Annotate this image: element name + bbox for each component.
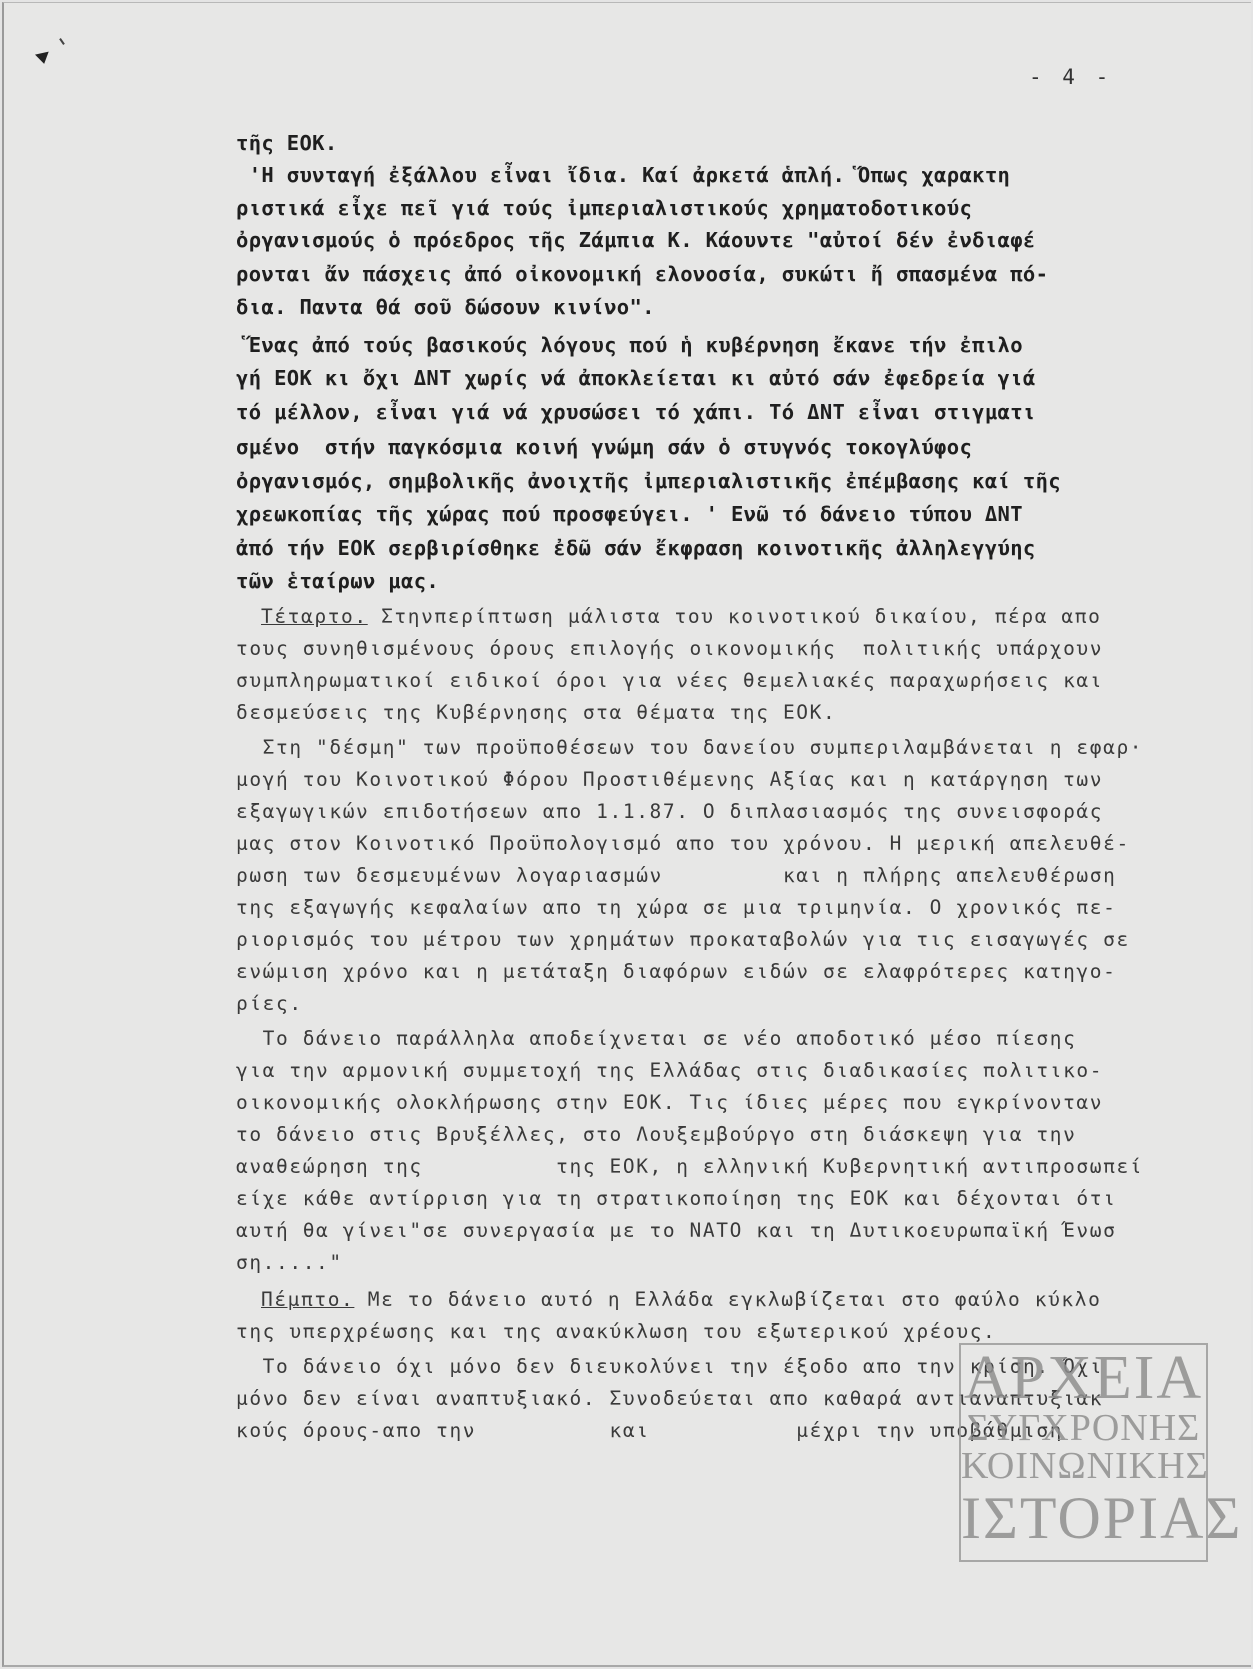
text-line: ρίες. [236,992,303,1016]
text-line: μας στον Κοινοτικό Προϋπολογισμό απο του… [236,832,1130,856]
text-line: Το δάνειο παράλληλα αποδείχνεται σε νέο … [236,1027,1076,1051]
text-line: τῆς ΕΟΚ. [236,131,338,155]
text-line: εξαγωγικών επιδοτήσεων απο 1.1.87. Ο διπ… [236,800,1103,824]
text-line: το δάνειο στις Βρυξέλλες, στο Λουξεμβούρ… [236,1123,1076,1147]
corner-mark-icon [35,52,51,66]
text-line: ση....." [236,1251,343,1275]
text-line: τῶν ἑταίρων μας. [236,569,439,593]
text-line: ὀργανισμούς ὁ πρόεδρος τῆς Ζάμπια Κ. Κάο… [236,228,1036,252]
text-line: Στη "δέσμη" των προϋποθέσεων του δανείου… [236,736,1143,760]
text-line: μογή του Κοινοτικού Φόρου Προστιθέμενης … [236,768,1103,792]
text-line: ρωση των δεσμευμένων λογαριασμών και η π… [236,864,1116,888]
stamp-line: ΚΟΙΝΩΝΙΚΗΣ [961,1447,1206,1485]
text-line: κούς όρους-απο την και μέχρι την υποβάθμ… [236,1419,1063,1443]
text-line: ριορισμός του μέτρου των χρημάτων προκατ… [236,928,1130,952]
text-line: ὀργανισμός, σημβολικῆς ἀνοιχτῆς ἰμπεριαλ… [236,469,1061,493]
document-page: - 4 - τῆς ΕΟΚ. 'Η συνταγή ἐξάλλου εἶναι … [2,2,1251,1667]
text-line: οικονομικής ολοκλήρωσης στην ΕΟΚ. Τις ίδ… [236,1091,1103,1115]
text-line: συμπληρωματικοί ειδικοί όροι για νέες θε… [236,669,1103,693]
text-line: τό μέλλον, εἶναι γιά νά χρυσώσει τό χάπι… [236,400,1036,424]
text-line: αυτή θα γίνει"σε συνεργασία με το ΝΑΤΟ κ… [236,1219,1116,1243]
text-line: ενώμιση χρόνο και η μετάταξη διαφόρων ει… [236,960,1116,984]
section-5-heading: Πέμπτο. [261,1288,354,1311]
corner-tick-icon [59,38,65,45]
text-line: είχε κάθε αντίρριση για τη στρατικοποίησ… [236,1187,1116,1211]
section-5-first-line: Πέμπτο. Με το δάνειο αυτό η Ελλάδα εγκλω… [261,1288,1101,1312]
text-line: Ἕνας ἀπό τούς βασικούς λόγους πού ἡ κυβέ… [236,333,1023,357]
stamp-line: ΣΥΓΧΡΟΝΗΣ [961,1409,1206,1447]
stamp-line: ΙΣΤΟΡΙΑΣ [961,1485,1206,1551]
text-line: δεσμεύσεις της Κυβέρνησης στα θέματα της… [236,701,836,725]
archive-stamp: ΑΡΧΕΙΑ ΣΥΓΧΡΟΝΗΣ ΚΟΙΝΩΝΙΚΗΣ ΙΣΤΟΡΙΑΣ [959,1343,1208,1562]
section-4-heading: Τέταρτο. [261,605,368,628]
text-line: τους συνηθισμένους όρους επιλογής οικονο… [236,637,1103,661]
text-line: γή ΕΟΚ κι ὄχι ΔΝΤ χωρίς νά ἀποκλείεται κ… [236,366,1036,390]
text-line: ρονται ἄν πάσχεις ἀπό οἰκονομική ελονοσί… [236,262,1048,286]
text-line: ἀπό τήν ΕΟΚ σερβιρίσθηκε ἐδῶ σάν ἔκφραση… [236,536,1036,560]
page-number: - 4 - [1029,65,1112,89]
text-line: για την αρμονική συμμετοχή της Ελλάδας σ… [236,1059,1103,1083]
text-line: αναθεώρηση της της ΕΟΚ, η ελληνική Κυβερ… [236,1155,1143,1179]
text-line: 'Η συνταγή ἐξάλλου εἶναι ἴδια. Καί ἀρκετ… [236,163,1010,187]
section-4-first-line: Τέταρτο. Στηνπερίπτωση μάλιστα του κοινο… [261,605,1101,629]
text-line: σμένο στήν παγκόσμια κοινή γνώμη σάν ὁ σ… [236,435,972,459]
text-line: χρεωκοπίας τῆς χώρας πού προσφεύγει. ' Ε… [236,502,1023,526]
text-line: ριστικά εἶχε πεῖ γιά τούς ἰμπεριαλιστικο… [236,196,972,220]
text-line: της υπερχρέωσης και της ανακύκλωση του ε… [236,1320,996,1344]
text-line: της εξαγωγής κεφαλαίων απο τη χώρα σε μι… [236,896,1116,920]
stamp-line: ΑΡΧΕΙΑ [961,1347,1206,1409]
text-line: δια. Παντα θά σοῦ δώσουν κινίνο". [236,295,655,319]
